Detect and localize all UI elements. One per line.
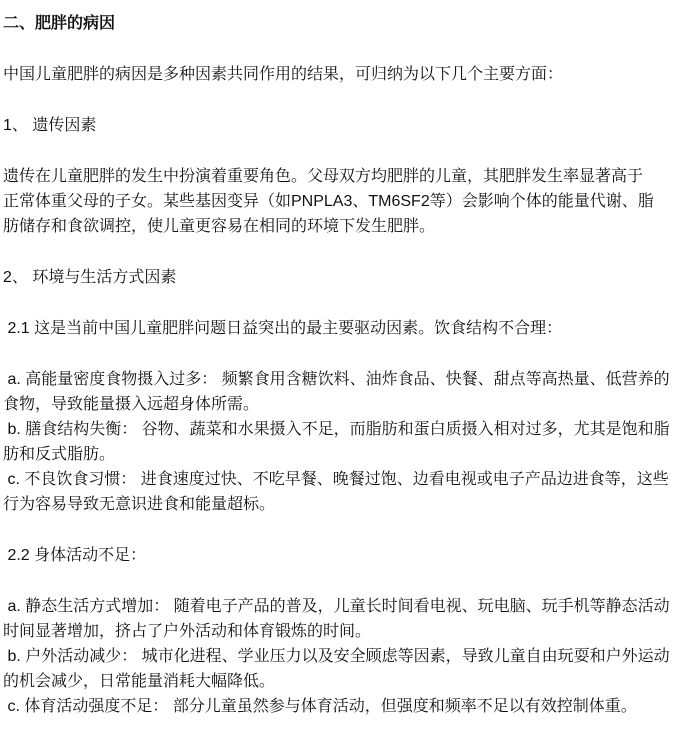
text-line: a. 静态生活方式增加： 随着电子产品的普及，儿童长时间看电视、玩电脑、玩手机等… [3,594,682,619]
intro-paragraph: 中国儿童肥胖的病因是多种因素共同作用的结果，可归纳为以下几个主要方面： [3,62,682,87]
document: 二、肥胖的病因 中国儿童肥胖的病因是多种因素共同作用的结果，可归纳为以下几个主要… [0,0,684,719]
text-line: b. 膳食结构失衡： 谷物、蔬菜和水果摄入不足，而脂肪和蛋白质摄入相对过多，尤其… [3,417,682,442]
text-line: a. 高能量密度食物摄入过多： 频繁食用含糖饮料、油炸食品、快餐、甜点等高热量、… [3,367,682,392]
text-line: 遗传在儿童肥胖的发生中扮演着重要角色。父母双方均肥胖的儿童，其肥胖发生率显著高于 [3,164,682,189]
section2-title: 2、 环境与生活方式因素 [3,265,682,290]
activity-factors-list: a. 静态生活方式增加： 随着电子产品的普及，儿童长时间看电视、玩电脑、玩手机等… [3,594,682,719]
text-line: b. 户外活动减少： 城市化进程、学业压力以及安全顾虑等因素，导致儿童自由玩耍和… [3,644,682,669]
text-line: 时间显著增加，挤占了户外活动和体育锻炼的时间。 [3,619,682,644]
text-line: 食物，导致能量摄入远超身体所需。 [3,392,682,417]
text-line: 正常体重父母的子女。某些基因变异（如PNPLA3、TM6SF2等）会影响个体的能… [3,189,682,214]
section2-1-title: 2.1 这是当前中国儿童肥胖问题日益突出的最主要驱动因素。饮食结构不合理： [3,316,682,341]
section1-title: 1、 遗传因素 [3,113,682,138]
doc-heading: 二、肥胖的病因 [3,11,682,36]
diet-factors-list: a. 高能量密度食物摄入过多： 频繁食用含糖饮料、油炸食品、快餐、甜点等高热量、… [3,367,682,517]
text-line: c. 体育活动强度不足： 部分儿童虽然参与体育活动，但强度和频率不足以有效控制体… [3,694,682,719]
text-line: 肪储存和食欲调控，使儿童更容易在相同的环境下发生肥胖。 [3,214,682,239]
text-line: c. 不良饮食习惯： 进食速度过快、不吃早餐、晚餐过饱、边看电视或电子产品边进食… [3,467,682,492]
text-line: 肪和反式脂肪。 [3,442,682,467]
section1-body: 遗传在儿童肥胖的发生中扮演着重要角色。父母双方均肥胖的儿童，其肥胖发生率显著高于… [3,164,682,239]
text-line: 的机会减少，日常能量消耗大幅降低。 [3,669,682,694]
text-line: 行为容易导致无意识进食和能量超标。 [3,492,682,517]
section2-2-title: 2.2 身体活动不足： [3,543,682,568]
